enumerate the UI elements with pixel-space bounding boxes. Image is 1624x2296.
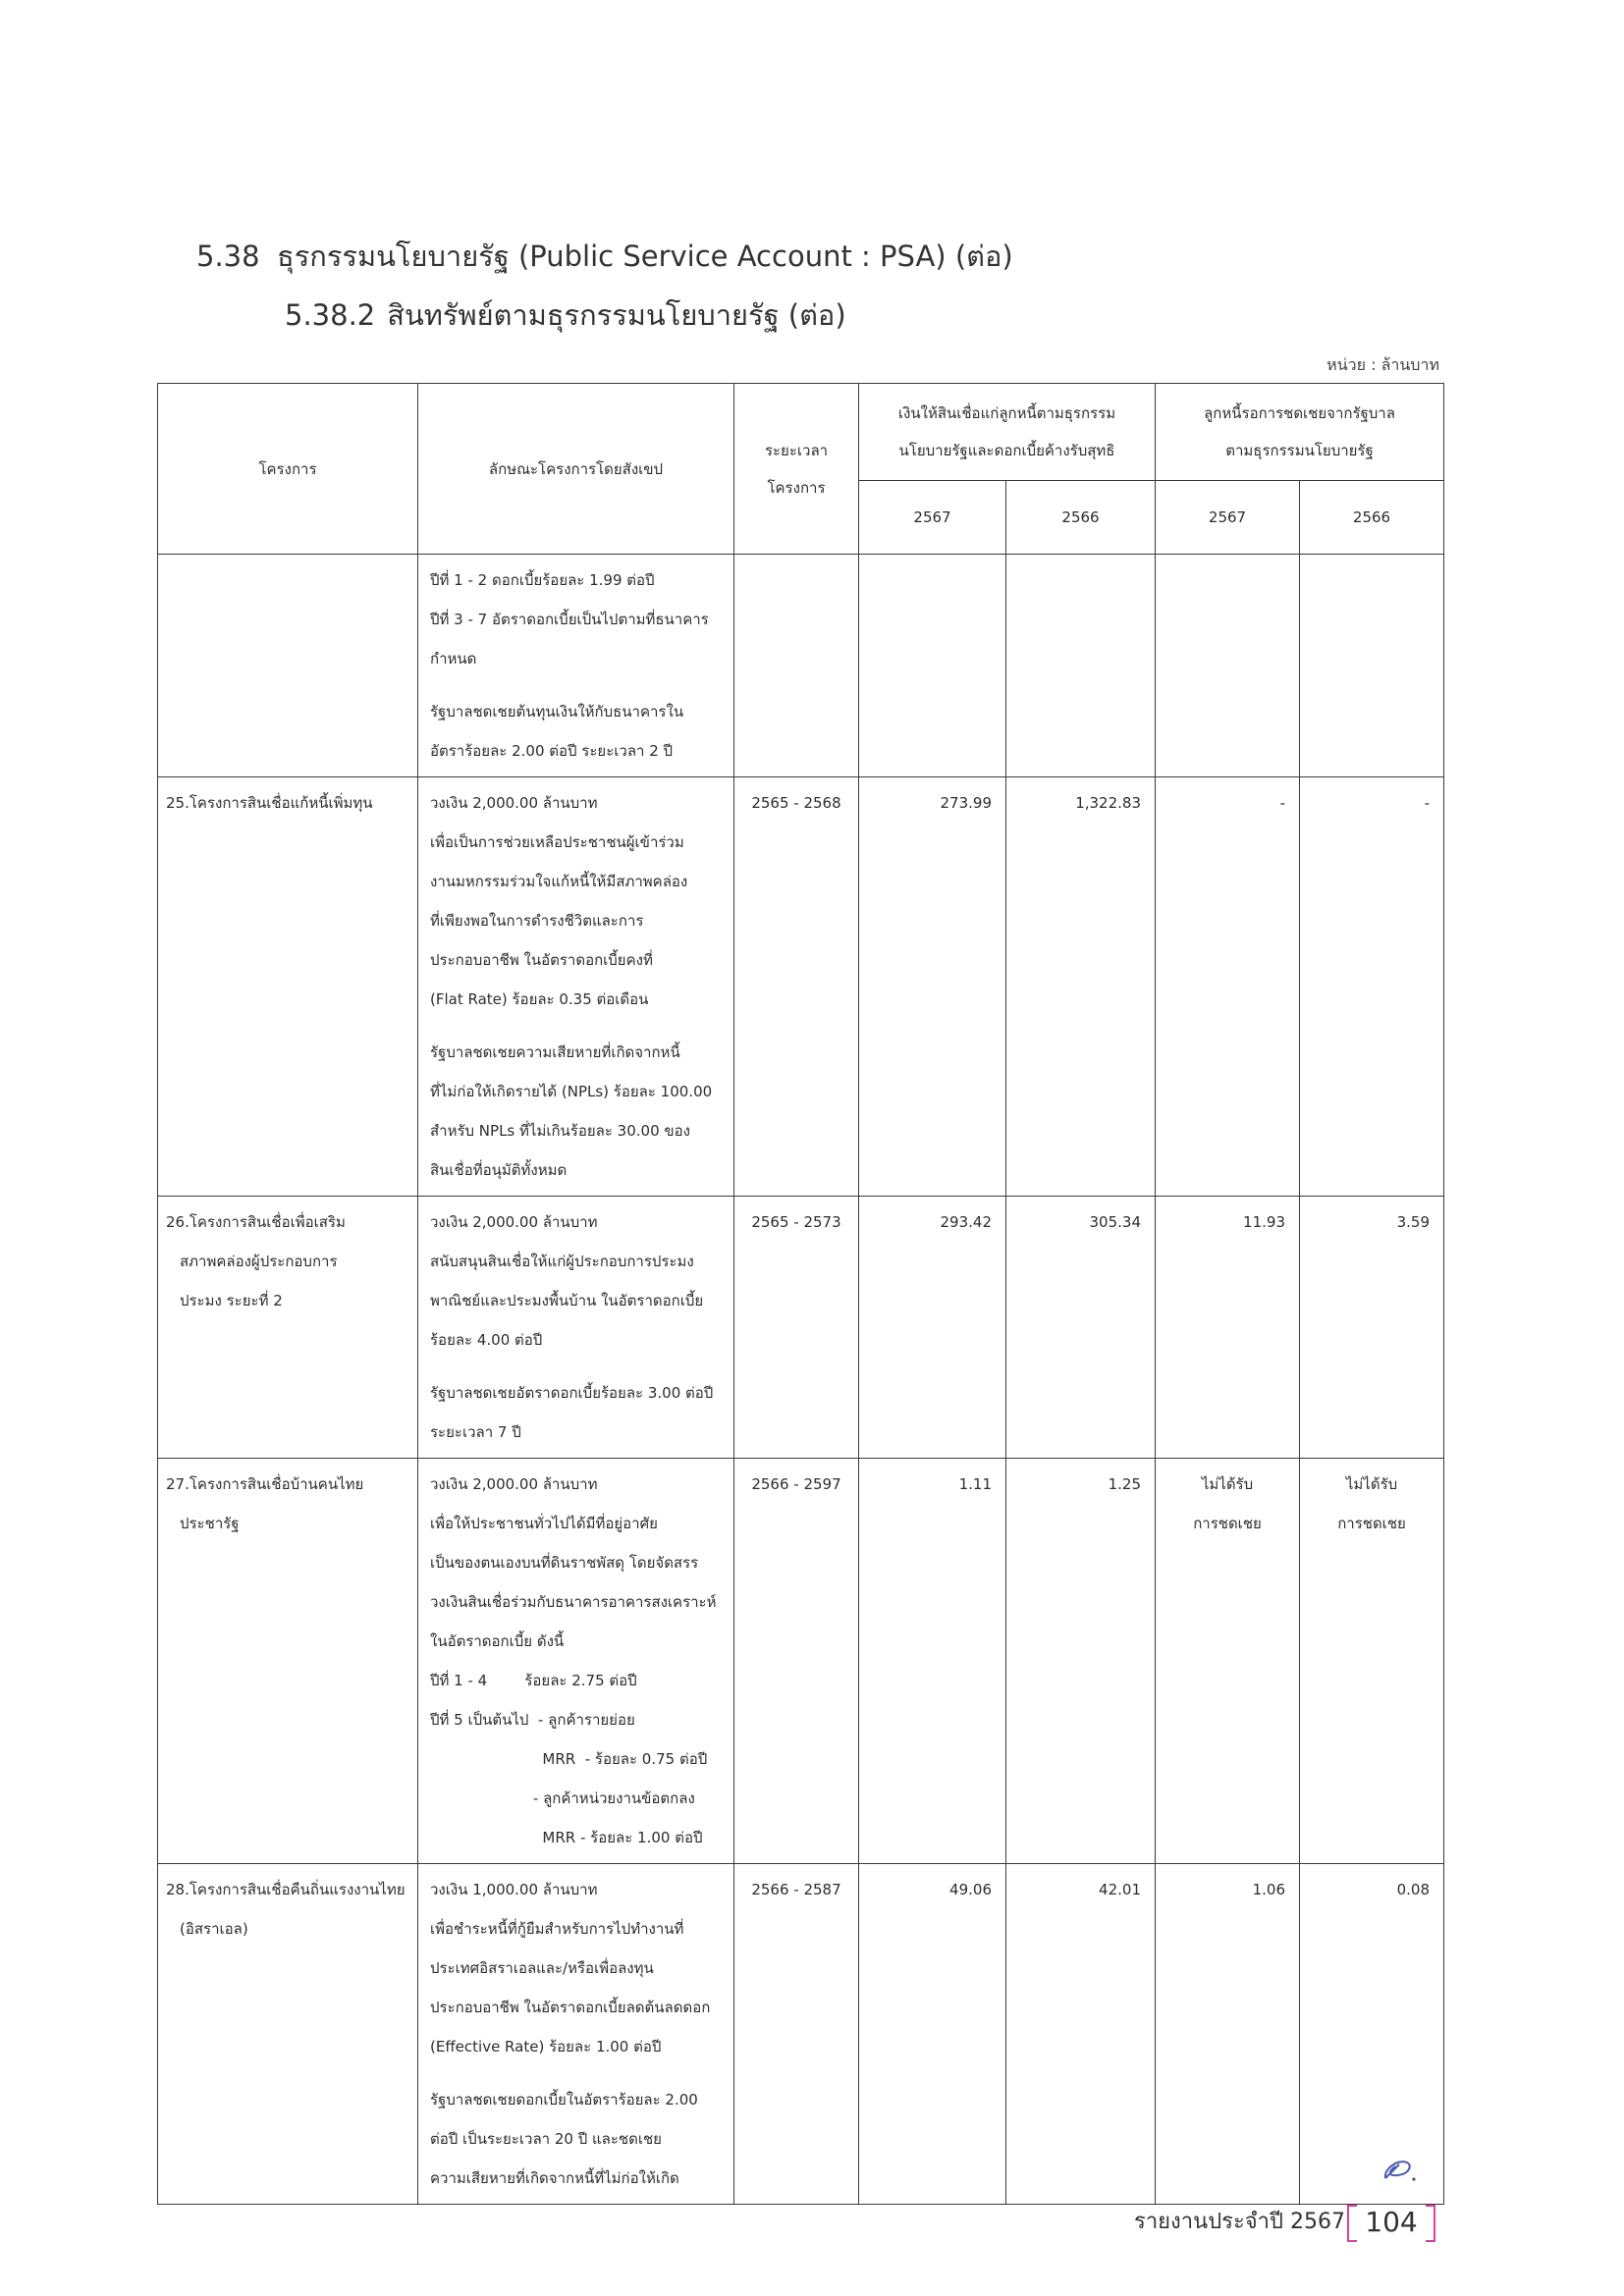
signature-mark [1380, 2155, 1419, 2184]
description-paragraph: วงเงิน 1,000.00 ล้านบาทเพื่อชำระหนี้ที่ก… [430, 1870, 726, 2066]
description-paragraph: วงเงิน 2,000.00 ล้านบาทสนับสนุนสินเชื่อใ… [430, 1202, 726, 1360]
description-paragraph: วงเงิน 2,000.00 ล้านบาทเพื่อให้ประชาชนทั… [430, 1465, 726, 1857]
header-period-line2: โครงการ [735, 469, 857, 507]
recv-2567-value [1156, 555, 1300, 777]
compensation-note: การชดเชย [1157, 1504, 1298, 1543]
project-period: 2566 - 2587 [734, 1864, 859, 2205]
loans-2566-value [1006, 555, 1156, 777]
recv-2566-value: 0.08 [1300, 1864, 1444, 2205]
loans-2567-value: 49.06 [859, 1864, 1006, 2205]
page-number: 104 [1347, 2205, 1435, 2240]
table-row: 27.โครงการสินเชื่อบ้านคนไทยประชารัฐวงเงิ… [158, 1459, 1444, 1864]
description-line: - ลูกค้าหน่วยงานข้อตกลง [430, 1779, 726, 1818]
loans-2566-value: 305.34 [1006, 1197, 1156, 1459]
recv-2567-value: ไม่ได้รับการชดเชย [1156, 1459, 1300, 1864]
description-line: เพื่อชำระหนี้ที่กู้ยืมสำหรับการไปทำงานที… [430, 1909, 726, 1949]
project-name-line: 25.โครงการสินเชื่อแก้หนี้เพิ่มทุน [166, 783, 411, 823]
description-line: รัฐบาลชดเชยความเสียหายที่เกิดจากหนี้ [430, 1033, 726, 1072]
project-name-line: 27.โครงการสินเชื่อบ้านคนไทย [166, 1465, 411, 1504]
header-loans-line1: เงินให้สินเชื่อแก่ลูกหนี้ตามธุรกรรม [860, 395, 1154, 432]
description-paragraph: ปีที่ 1 - 2 ดอกเบี้ยร้อยละ 1.99 ต่อปีปีท… [430, 561, 726, 678]
project-period: 2565 - 2568 [734, 777, 859, 1197]
description-line: สนับสนุนสินเชื่อให้แก่ผู้ประกอบการประมง [430, 1242, 726, 1281]
description-line: (Flat Rate) ร้อยละ 0.35 ต่อเดือน [430, 980, 726, 1019]
recv-2566-value [1300, 555, 1444, 777]
project-name-line: ประมง ระยะที่ 2 [166, 1281, 411, 1320]
header-receivable-2566: 2566 [1300, 481, 1444, 555]
project-period: 2566 - 2597 [734, 1459, 859, 1864]
table-row: 28.โครงการสินเชื่อคืนถิ่นแรงงานไทย(อิสรา… [158, 1864, 1444, 2205]
report-label: รายงานประจำปี 2567 [1134, 2204, 1345, 2238]
description-line: รัฐบาลชดเชยดอกเบี้ยในอัตราร้อยละ 2.00 [430, 2080, 726, 2119]
psa-assets-table: โครงการ ลักษณะโครงการโดยสังเขป ระยะเวลา … [157, 383, 1444, 2205]
description-line: ปีที่ 1 - 4 ร้อยละ 2.75 ต่อปี [430, 1661, 726, 1700]
description-line: ที่เพียงพอในการดำรงชีวิตและการ [430, 901, 726, 940]
description-line: อัตราร้อยละ 2.00 ต่อปี ระยะเวลา 2 ปี [430, 731, 726, 771]
project-name [158, 555, 418, 777]
table-body: ปีที่ 1 - 2 ดอกเบี้ยร้อยละ 1.99 ต่อปีปีท… [158, 555, 1444, 2205]
description-paragraph: วงเงิน 2,000.00 ล้านบาทเพื่อเป็นการช่วยเ… [430, 783, 726, 1019]
header-description: ลักษณะโครงการโดยสังเขป [418, 384, 734, 555]
description-line: ประกอบอาชีพ ในอัตราดอกเบี้ยลดต้นลดดอก [430, 1988, 726, 2027]
header-loans-line2: นโยบายรัฐและดอกเบี้ยค้างรับสุทธิ [860, 432, 1154, 469]
project-description: ปีที่ 1 - 2 ดอกเบี้ยร้อยละ 1.99 ต่อปีปีท… [418, 555, 734, 777]
description-paragraph: รัฐบาลชดเชยความเสียหายที่เกิดจากหนี้ที่ไ… [430, 1033, 726, 1190]
loans-2567-value: 1.11 [859, 1459, 1006, 1864]
project-name: 28.โครงการสินเชื่อคืนถิ่นแรงงานไทย(อิสรา… [158, 1864, 418, 2205]
project-name-line: ประชารัฐ [166, 1504, 411, 1543]
header-receivable-line2: ตามธุรกรรมนโยบายรัฐ [1157, 432, 1442, 469]
description-line: ประเทศอิสราเอลและ/หรือเพื่อลงทุน [430, 1949, 726, 1988]
description-line: ปีที่ 1 - 2 ดอกเบี้ยร้อยละ 1.99 ต่อปี [430, 561, 726, 600]
recv-2566-value: 3.59 [1300, 1197, 1444, 1459]
description-line: สำหรับ NPLs ที่ไม่เกินร้อยละ 30.00 ของ [430, 1111, 726, 1150]
description-line: วงเงิน 2,000.00 ล้านบาท [430, 1202, 726, 1242]
description-paragraph: รัฐบาลชดเชยดอกเบี้ยในอัตราร้อยละ 2.00ต่อ… [430, 2080, 726, 2198]
description-line: เพื่อเป็นการช่วยเหลือประชาชนผู้เข้าร่วม [430, 823, 726, 862]
description-line: รัฐบาลชดเชยอัตราดอกเบี้ยร้อยละ 3.00 ต่อป… [430, 1373, 726, 1413]
recv-2567-value: 1.06 [1156, 1864, 1300, 2205]
recv-2567-value: 11.93 [1156, 1197, 1300, 1459]
compensation-note: ไม่ได้รับ [1301, 1465, 1442, 1504]
header-receivable-line1: ลูกหนี้รอการชดเชยจากรัฐบาล [1157, 395, 1442, 432]
subsection-title: สินทรัพย์ตามธุรกรรมนโยบายรัฐ (ต่อ) [387, 298, 845, 332]
description-line: ปีที่ 5 เป็นต้นไป - ลูกค้ารายย่อย [430, 1700, 726, 1739]
description-line: ปีที่ 3 - 7 อัตราดอกเบี้ยเป็นไปตามที่ธนา… [430, 600, 726, 639]
loans-2566-value: 1.25 [1006, 1459, 1156, 1864]
description-line: เป็นของตนเองบนที่ดินราชพัสดุ โดยจัดสรร [430, 1543, 726, 1582]
description-line: MRR - ร้อยละ 0.75 ต่อปี [430, 1739, 726, 1779]
recv-2566-value: ไม่ได้รับการชดเชย [1300, 1459, 1444, 1864]
description-line: เพื่อให้ประชาชนทั่วไปได้มีที่อยู่อาศัย [430, 1504, 726, 1543]
header-loans-2566: 2566 [1006, 481, 1156, 555]
section-heading: 5.38ธุรกรรมนโยบายรัฐ (Public Service Acc… [196, 234, 1013, 279]
loans-2567-value [859, 555, 1006, 777]
project-name: 27.โครงการสินเชื่อบ้านคนไทยประชารัฐ [158, 1459, 418, 1864]
project-name-line: (อิสราเอล) [166, 1909, 411, 1949]
project-name: 25.โครงการสินเชื่อแก้หนี้เพิ่มทุน [158, 777, 418, 1197]
table-row: 25.โครงการสินเชื่อแก้หนี้เพิ่มทุนวงเงิน … [158, 777, 1444, 1197]
description-line: กำหนด [430, 639, 726, 678]
compensation-note: การชดเชย [1301, 1504, 1442, 1543]
description-line: ที่ไม่ก่อให้เกิดรายได้ (NPLs) ร้อยละ 100… [430, 1072, 726, 1111]
description-line: รัฐบาลชดเชยต้นทุนเงินให้กับธนาคารใน [430, 692, 726, 731]
description-line: ประกอบอาชีพ ในอัตราดอกเบี้ยคงที่ [430, 940, 726, 980]
recv-2567-value: - [1156, 777, 1300, 1197]
description-line: วงเงิน 2,000.00 ล้านบาท [430, 1465, 726, 1504]
table-row: 26.โครงการสินเชื่อเพื่อเสริมสภาพคล่องผู้… [158, 1197, 1444, 1459]
subsection-heading: 5.38.2สินทรัพย์ตามธุรกรรมนโยบายรัฐ (ต่อ) [285, 293, 846, 338]
project-name-line: สภาพคล่องผู้ประกอบการ [166, 1242, 411, 1281]
header-period-line1: ระยะเวลา [735, 432, 857, 469]
header-loans-2567: 2567 [859, 481, 1006, 555]
description-line: ร้อยละ 4.00 ต่อปี [430, 1320, 726, 1360]
recv-2566-value: - [1300, 777, 1444, 1197]
header-project: โครงการ [158, 384, 418, 555]
description-line: ต่อปี เป็นระยะเวลา 20 ปี และชดเชย [430, 2119, 726, 2159]
project-period: 2565 - 2573 [734, 1197, 859, 1459]
description-line: ความเสียหายที่เกิดจากหนี้ที่ไม่ก่อให้เกิ… [430, 2159, 726, 2198]
description-paragraph: รัฐบาลชดเชยต้นทุนเงินให้กับธนาคารในอัตรา… [430, 692, 726, 771]
project-period [734, 555, 859, 777]
section-title: ธุรกรรมนโยบายรัฐ (Public Service Account… [277, 240, 1013, 273]
loans-2567-value: 273.99 [859, 777, 1006, 1197]
project-description: วงเงิน 1,000.00 ล้านบาทเพื่อชำระหนี้ที่ก… [418, 1864, 734, 2205]
table-row: ปีที่ 1 - 2 ดอกเบี้ยร้อยละ 1.99 ต่อปีปีท… [158, 555, 1444, 777]
project-name-line: 26.โครงการสินเชื่อเพื่อเสริม [166, 1202, 411, 1242]
description-line: งานมหกรรมร่วมใจแก้หนี้ให้มีสภาพคล่อง [430, 862, 726, 901]
description-line: วงเงิน 2,000.00 ล้านบาท [430, 783, 726, 823]
header-loans: เงินให้สินเชื่อแก่ลูกหนี้ตามธุรกรรม นโยบ… [859, 384, 1156, 481]
project-description: วงเงิน 2,000.00 ล้านบาทสนับสนุนสินเชื่อใ… [418, 1197, 734, 1459]
compensation-note: ไม่ได้รับ [1157, 1465, 1298, 1504]
description-line: ในอัตราดอกเบี้ย ดังนี้ [430, 1622, 726, 1661]
subsection-number: 5.38.2 [285, 298, 375, 332]
description-line: MRR - ร้อยละ 1.00 ต่อปี [430, 1818, 726, 1857]
loans-2567-value: 293.42 [859, 1197, 1006, 1459]
loans-2566-value: 42.01 [1006, 1864, 1156, 2205]
project-name-line: 28.โครงการสินเชื่อคืนถิ่นแรงงานไทย [166, 1870, 411, 1909]
description-line: ระยะเวลา 7 ปี [430, 1413, 726, 1452]
description-paragraph: รัฐบาลชดเชยอัตราดอกเบี้ยร้อยละ 3.00 ต่อป… [430, 1373, 726, 1452]
page-number-box: 104 [1347, 2205, 1435, 2240]
project-description: วงเงิน 2,000.00 ล้านบาทเพื่อเป็นการช่วยเ… [418, 777, 734, 1197]
project-name: 26.โครงการสินเชื่อเพื่อเสริมสภาพคล่องผู้… [158, 1197, 418, 1459]
description-line: สินเชื่อที่อนุมัติทั้งหมด [430, 1150, 726, 1190]
unit-label: หน่วย : ล้านบาท [1326, 353, 1439, 378]
right-bracket-icon [1426, 2205, 1435, 2242]
project-description: วงเงิน 2,000.00 ล้านบาทเพื่อให้ประชาชนทั… [418, 1459, 734, 1864]
header-receivable: ลูกหนี้รอการชดเชยจากรัฐบาล ตามธุรกรรมนโย… [1156, 384, 1444, 481]
description-line: วงเงิน 1,000.00 ล้านบาท [430, 1870, 726, 1909]
description-line: (Effective Rate) ร้อยละ 1.00 ต่อปี [430, 2027, 726, 2066]
header-receivable-2567: 2567 [1156, 481, 1300, 555]
description-line: วงเงินสินเชื่อร่วมกับธนาคารอาคารสงเคราะห… [430, 1582, 726, 1622]
loans-2566-value: 1,322.83 [1006, 777, 1156, 1197]
description-line: พาณิชย์และประมงพื้นบ้าน ในอัตราดอกเบี้ย [430, 1281, 726, 1320]
section-number: 5.38 [196, 240, 277, 273]
header-period: ระยะเวลา โครงการ [734, 384, 859, 555]
